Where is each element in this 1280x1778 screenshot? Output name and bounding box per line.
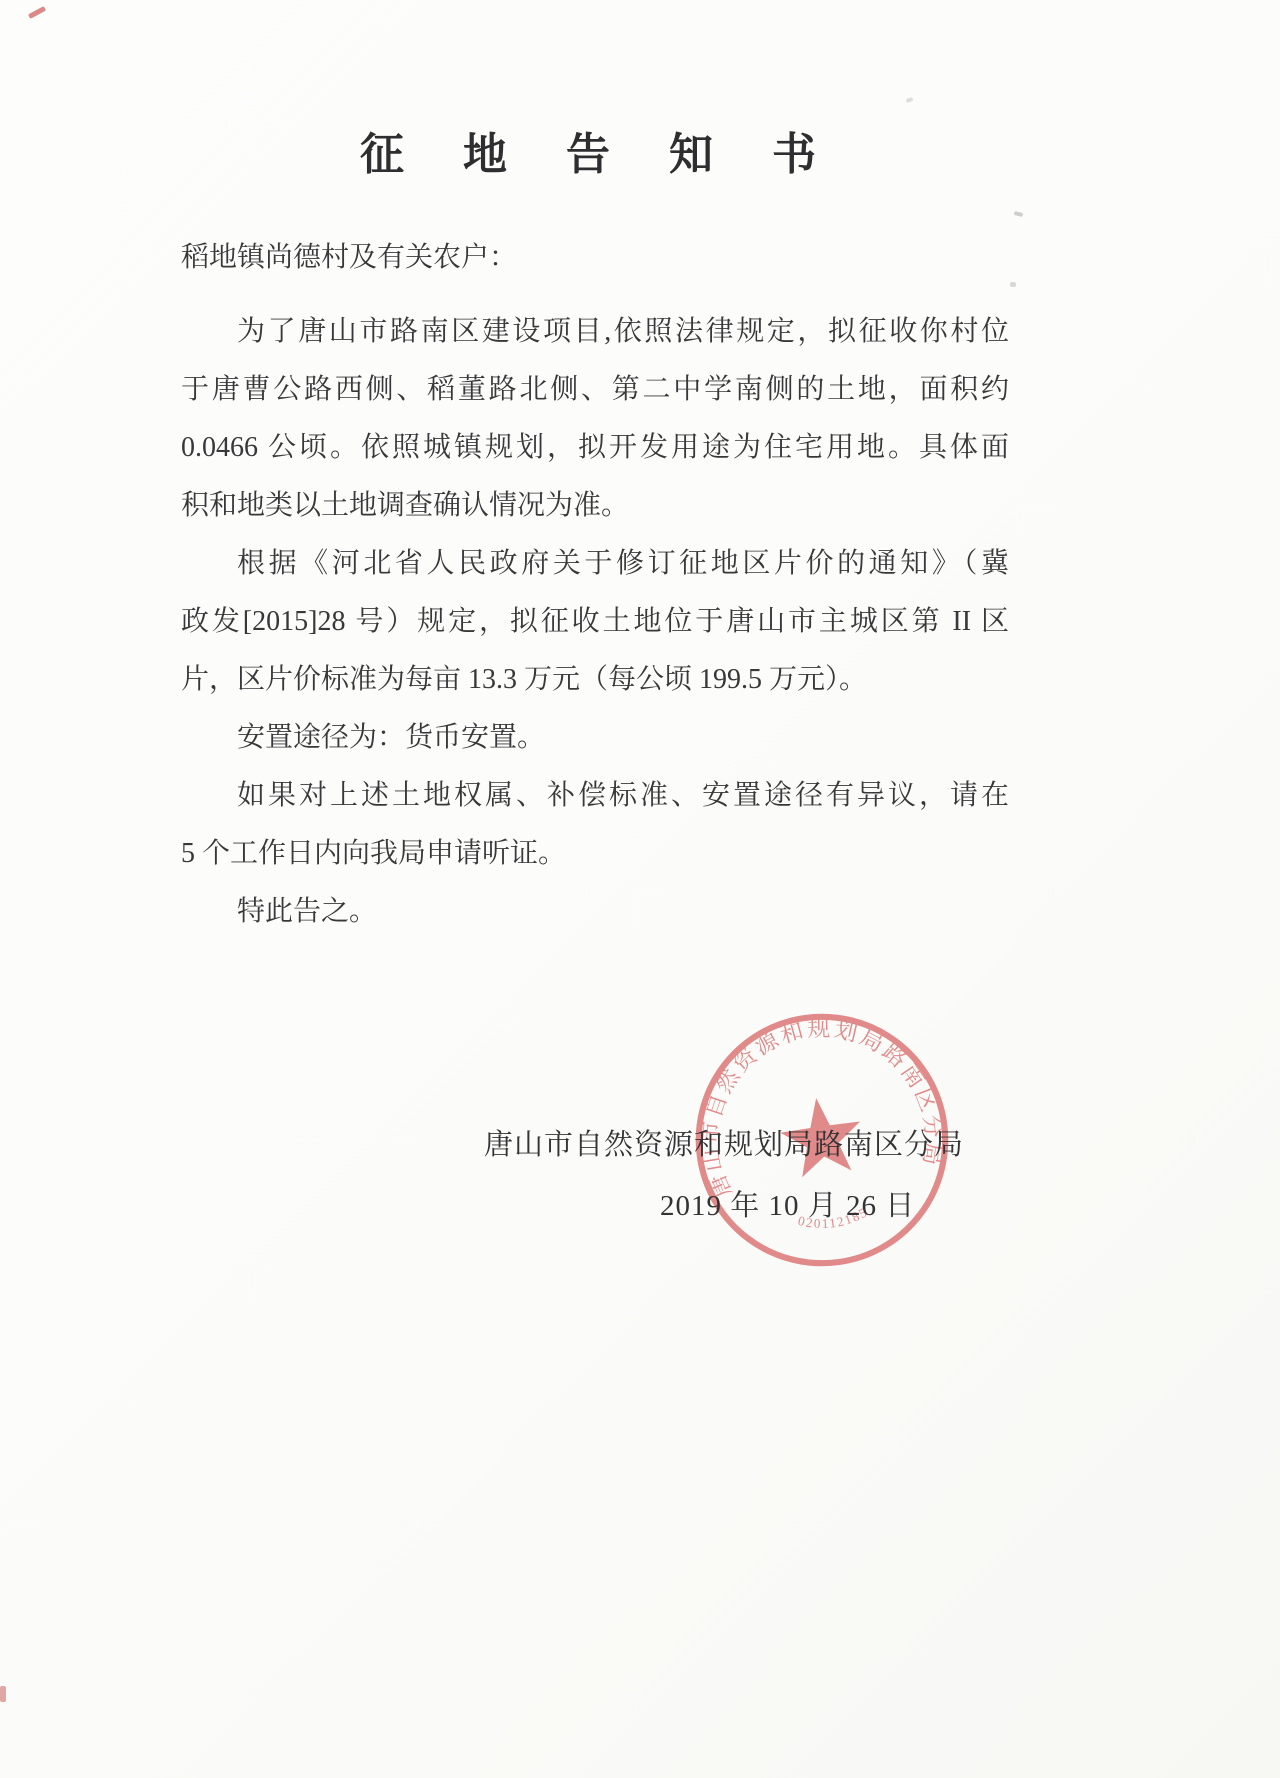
document-page: 征 地 告 知 书 稻地镇尚德村及有关农户： 为了唐山市路南区建设项目,依照法律… [0,0,1280,1778]
body-line: 为了唐山市路南区建设项目,依照法律规定，拟征收你村位 [181,303,1009,361]
body-line: 根据《河北省人民政府关于修订征地区片价的通知》（冀 [181,535,1009,593]
signature-date: 2019 年 10 月 26 日 [660,1183,915,1224]
body-line: 政发[2015]28 号）规定，拟征收土地位于唐山市主城区第 II 区 [181,593,1009,651]
body-line: 安置途径为：货币安置。 [181,709,1009,767]
signature-org: 唐山市自然资源和规划局路南区分局 [484,1122,964,1163]
body-line: 片，区片价标准为每亩 13.3 万元（每公顷 199.5 万元）。 [181,651,1009,709]
body-line: 特此告之。 [181,883,1009,941]
document-title: 征 地 告 知 书 [0,118,1200,182]
document-body: 稻地镇尚德村及有关农户： 为了唐山市路南区建设项目,依照法律规定，拟征收你村位 … [181,229,1009,941]
body-line: 如果对上述土地权属、补偿标准、安置途径有异议，请在 [181,767,1009,825]
body-line: 0.0466 公顷。依照城镇规划，拟开发用途为住宅用地。具体面 [181,419,1009,477]
body-line: 5 个工作日内向我局申请听证。 [181,825,1009,883]
scan-artifact [0,1686,6,1702]
salutation: 稻地镇尚德村及有关农户： [181,229,1009,287]
scan-artifact [1010,282,1016,287]
body-line: 于唐曹公路西侧、稻董路北侧、第二中学南侧的土地，面积约 [181,361,1009,419]
scan-artifact [1014,211,1024,217]
body-line: 积和地类以土地调查确认情况为准。 [181,477,1009,535]
scan-artifact [28,6,46,19]
scan-artifact [906,97,914,103]
